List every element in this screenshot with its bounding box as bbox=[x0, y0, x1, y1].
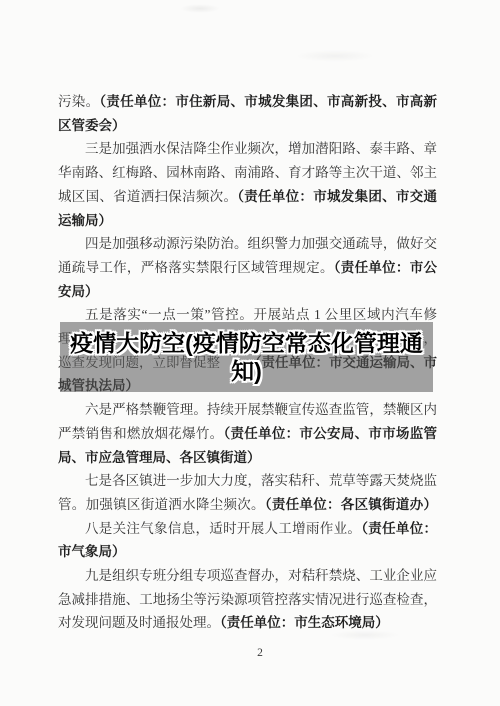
overlay-title-line2: 知) bbox=[231, 357, 262, 385]
doc-line: 六是严格禁鞭管理。持续开展禁鞭宣传巡查监管，禁鞭区内 bbox=[58, 398, 437, 422]
body-text: 六是严格禁鞭管理。持续开展禁鞭宣传巡查监管，禁鞭区内 bbox=[85, 402, 437, 417]
doc-line: 九是组织专班分组专项巡查督办，对秸秆禁烧、工业企业应 bbox=[58, 564, 437, 588]
responsible-unit-text: 运输局） bbox=[58, 213, 112, 228]
body-text: 对发现问题及时通报处理。 bbox=[58, 615, 220, 630]
doc-line: 通疏导工作，严格落实禁限行区域管理规定。（责任单位：市公 bbox=[58, 256, 437, 280]
doc-line: 八是关注气象信息，适时开展人工增雨作业。（责任单位： bbox=[58, 517, 437, 541]
doc-line: 七是各区镇进一步加大力度，落实秸秆、荒草等露天焚烧监 bbox=[58, 469, 437, 493]
doc-line: 安局） bbox=[58, 280, 437, 304]
doc-line: 对发现问题及时通报处理。（责任单位：市生态环境局） bbox=[58, 611, 437, 635]
body-text: 污染。 bbox=[58, 94, 99, 109]
body-text: 九是组织专班分组专项巡查督办，对秸秆禁烧、工业企业应 bbox=[85, 568, 437, 583]
responsible-unit-text: 区管委会） bbox=[58, 118, 126, 133]
doc-line: 华南路、红梅路、园林南路、南浦路、育才路等主次干道、邻主 bbox=[58, 161, 437, 185]
doc-line: 运输局） bbox=[58, 209, 437, 233]
responsible-unit-text: （责任单位：市公安局、市市场监管 bbox=[223, 426, 437, 441]
doc-line: 严禁销售和燃放烟花爆竹。（责任单位：市公安局、市市场监管 bbox=[58, 422, 437, 446]
doc-line: 管。加强镇区街道洒水降尘频次。（责任单位：各区镇街道办） bbox=[58, 493, 437, 517]
body-text: 急减排措施、工地扬尘等污染源项管控落实情况进行巡查检查， bbox=[58, 592, 437, 607]
body-text: 八是关注气象信息，适时开展人工增雨作业。 bbox=[85, 521, 361, 536]
page-number: 2 bbox=[250, 647, 270, 659]
responsible-unit-text: 市气象局） bbox=[58, 544, 126, 559]
body-text: 五是落实“一点一策”管控。开展站点 1 公里区域内汽车修 bbox=[85, 307, 437, 322]
responsible-unit-text: 安局） bbox=[58, 284, 99, 299]
body-text: 四是加强移动源污染防治。组织警力加强交通疏导，做好交 bbox=[85, 236, 437, 251]
doc-line: 三是加强洒水保洁降尘作业频次，增加潜阳路、泰丰路、章 bbox=[58, 137, 437, 161]
doc-line: 城区国、省道洒扫保洁频次。（责任单位：市城发集团、市交通 bbox=[58, 185, 437, 209]
doc-line: 区管委会） bbox=[58, 114, 437, 138]
title-overlay: 疫情大防空(疫情防空常态化管理通 知) bbox=[60, 322, 433, 392]
body-text: 管。加强镇区街道洒水降尘频次。 bbox=[58, 497, 265, 512]
doc-line: 急减排措施、工地扬尘等污染源项管控落实情况进行巡查检查， bbox=[58, 588, 437, 612]
document-page: 污染。（责任单位：市住新局、市城发集团、市高新投、市高新区管委会）三是加强洒水保… bbox=[0, 0, 500, 706]
body-text: 华南路、红梅路、园林南路、南浦路、育才路等主次干道、邻主 bbox=[58, 165, 437, 180]
scan-smudge bbox=[180, 4, 220, 13]
doc-line: 四是加强移动源污染防治。组织警力加强交通疏导，做好交 bbox=[58, 232, 437, 256]
body-text: 七是各区镇进一步加大力度，落实秸秆、荒草等露天焚烧监 bbox=[85, 473, 437, 488]
responsible-unit-text: （责任单位：各区镇街道办） bbox=[265, 497, 437, 512]
scan-smudge bbox=[295, 50, 375, 62]
responsible-unit-text: （责任单位： bbox=[361, 521, 437, 536]
body-text: 通疏导工作，严格落实禁限行区域管理规定。 bbox=[58, 260, 334, 275]
body-text: 城区国、省道洒扫保洁频次。 bbox=[58, 189, 237, 204]
doc-line: 污染。（责任单位：市住新局、市城发集团、市高新投、市高新 bbox=[58, 90, 437, 114]
body-text: 三是加强洒水保洁降尘作业频次，增加潜阳路、泰丰路、章 bbox=[85, 141, 437, 156]
doc-line: 局、市应急管理局、各区镇街道） bbox=[58, 446, 437, 470]
body-text: 严禁销售和燃放烟花爆竹。 bbox=[58, 426, 223, 441]
responsible-unit-text: （责任单位：市公 bbox=[334, 260, 437, 275]
overlay-title-line1: 疫情大防空(疫情防空常态化管理通 bbox=[70, 329, 423, 357]
responsible-unit-text: （责任单位：市城发集团、市交通 bbox=[237, 189, 437, 204]
responsible-unit-text: （责任单位：市生态环境局） bbox=[220, 615, 389, 630]
responsible-unit-text: （责任单位：市住新局、市城发集团、市高新投、市高新 bbox=[99, 94, 437, 109]
doc-line: 市气象局） bbox=[58, 540, 437, 564]
responsible-unit-text: 局、市应急管理局、各区镇街道） bbox=[58, 450, 261, 465]
